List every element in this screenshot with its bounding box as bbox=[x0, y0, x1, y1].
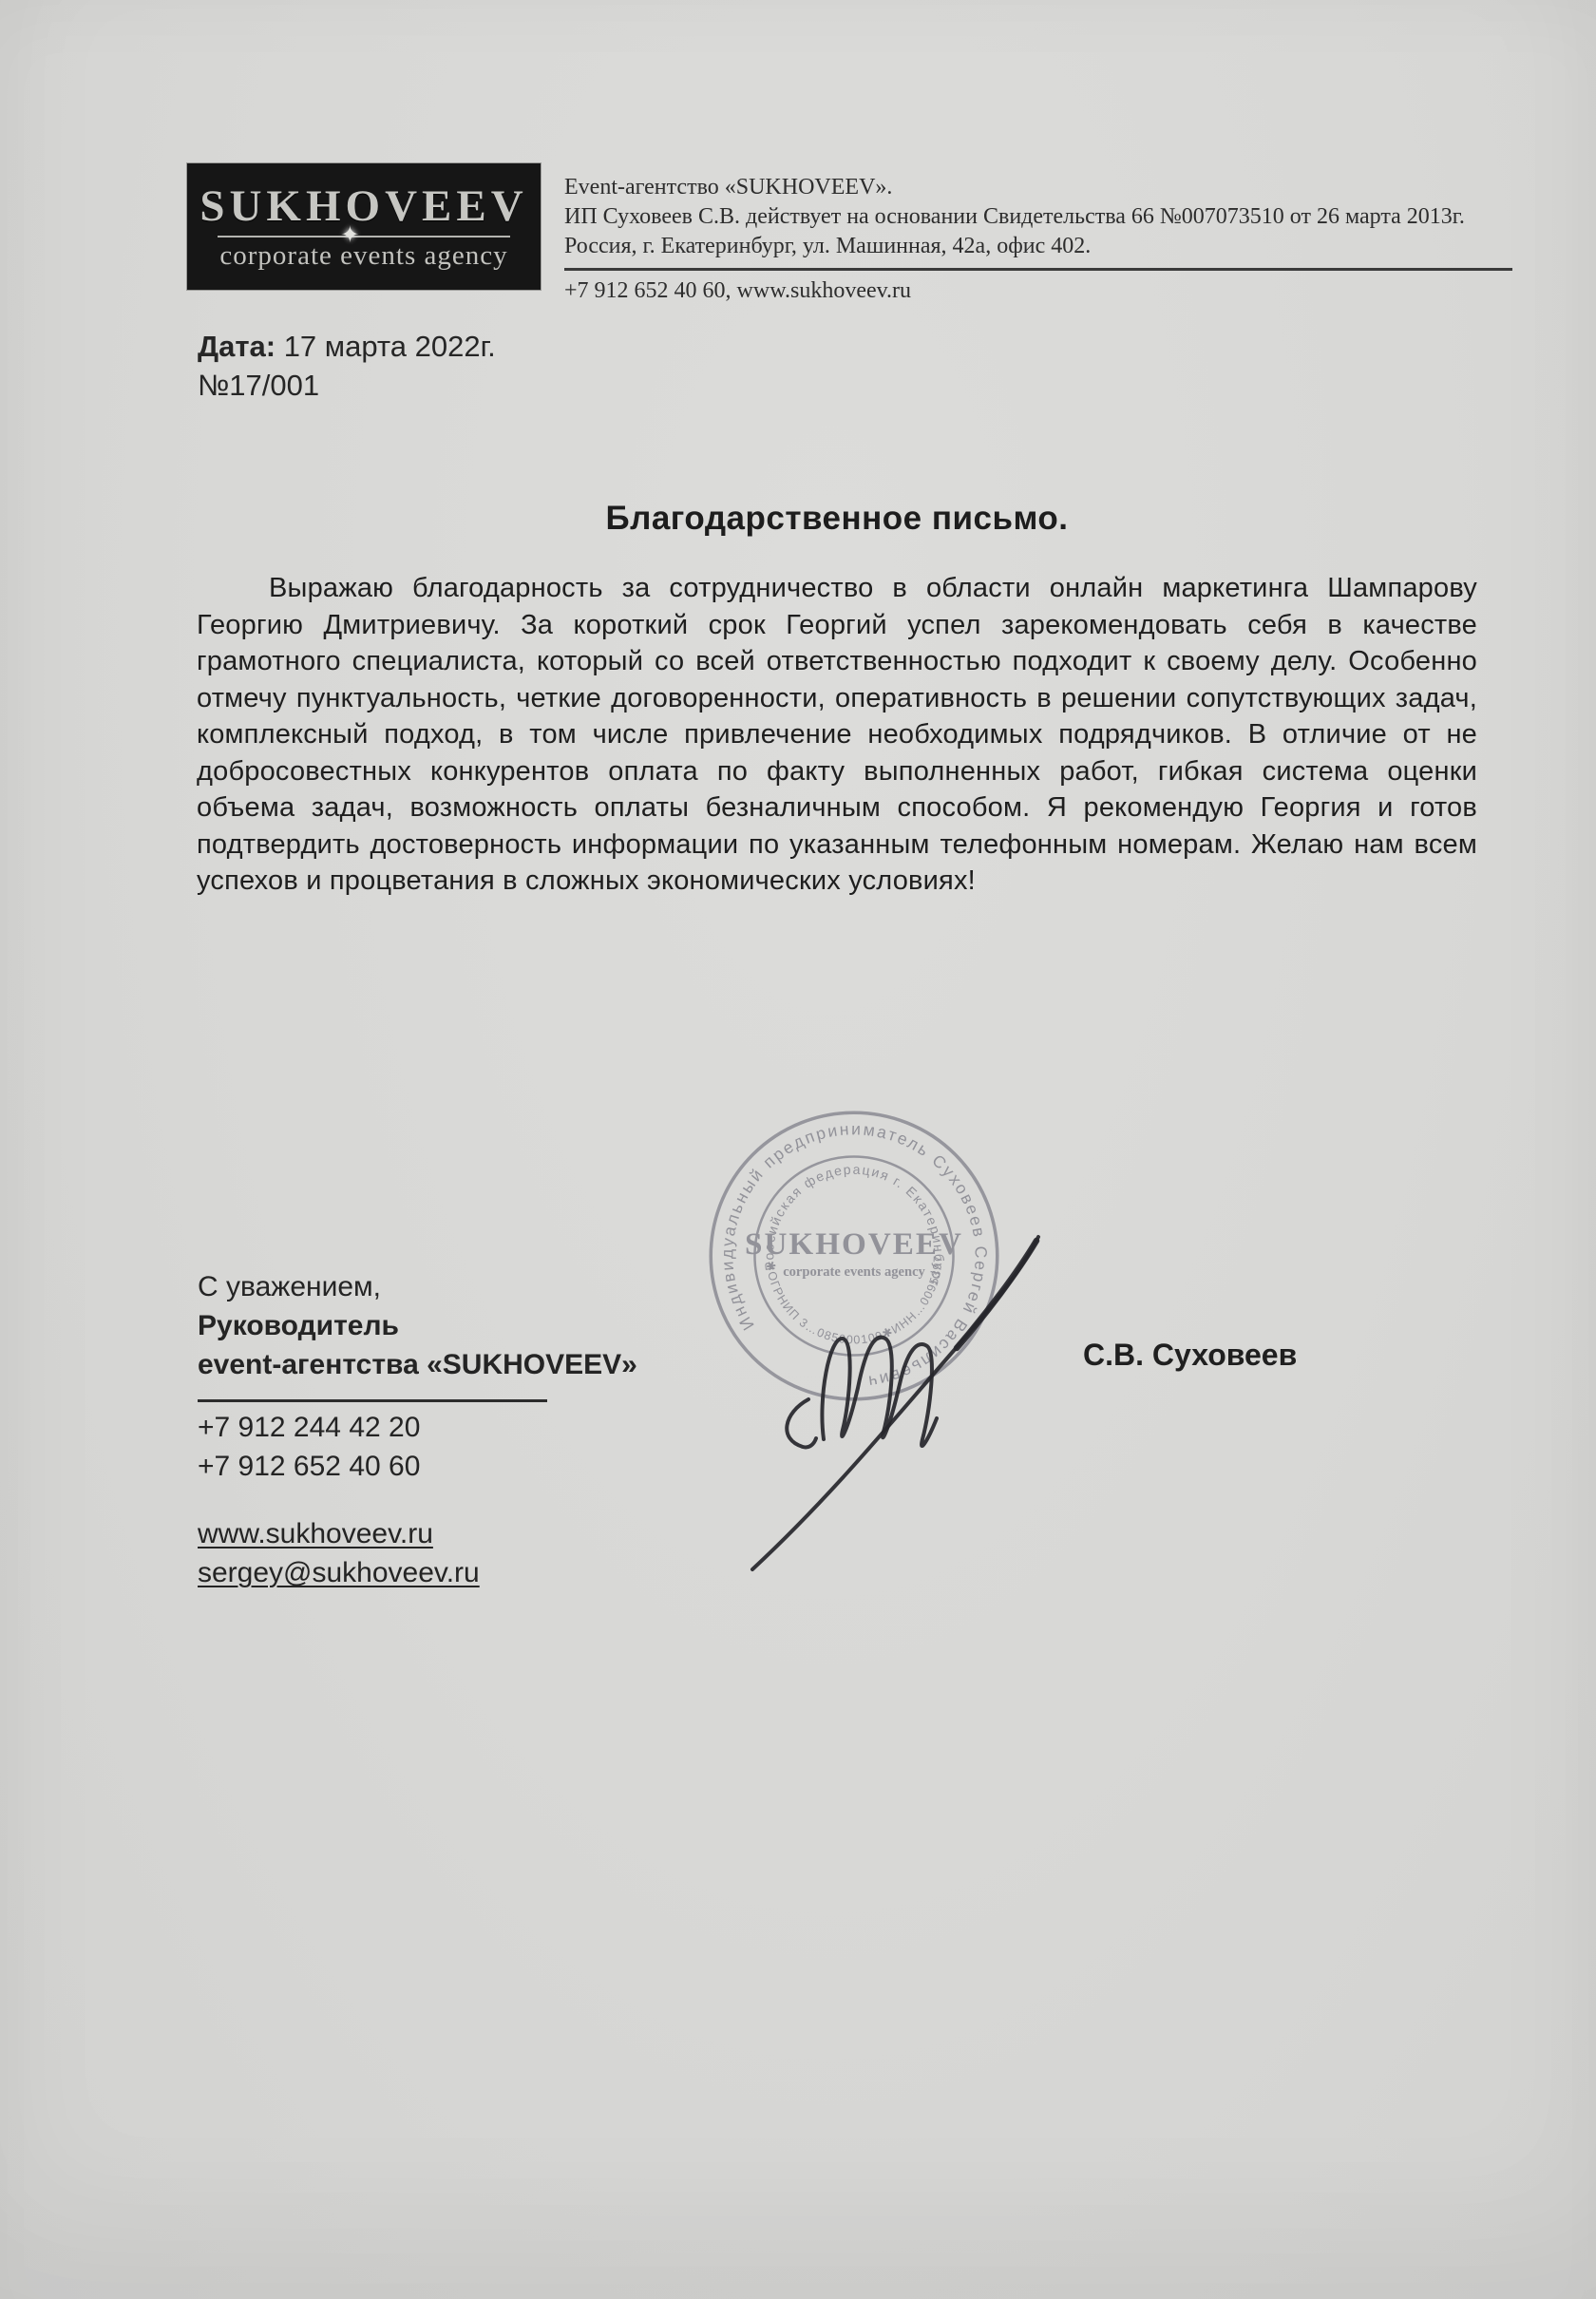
logo-name: SUKHOVEEV bbox=[199, 184, 527, 229]
date-value: 17 марта 2022г. bbox=[275, 330, 496, 363]
letterhead-line-address: Россия, г. Екатеринбург, ул. Машинная, 4… bbox=[564, 232, 1524, 261]
spacer bbox=[198, 1486, 768, 1514]
letter-meta: Дата: 17 марта 2022г. №17/001 bbox=[198, 327, 496, 405]
handwritten-signature bbox=[717, 1211, 1069, 1591]
position-agency: event-агентства «SUKHOVEEV» bbox=[198, 1345, 768, 1384]
email-text: sergey@sukhoveev.ru bbox=[198, 1553, 768, 1592]
letterhead-line-certificate: ИП Суховеев С.В. действует на основании … bbox=[564, 202, 1524, 232]
letterhead-divider bbox=[564, 268, 1512, 271]
sparkle-icon: ✦ bbox=[340, 224, 359, 247]
signer-name: С.В. Суховеев bbox=[1083, 1338, 1297, 1373]
position-title: Руководитель bbox=[198, 1306, 768, 1345]
letterhead-line-agency: Event-агентство «SUKHOVEEV». bbox=[564, 173, 1524, 202]
letterhead-info: Event-агентство «SUKHOVEEV». ИП Суховеев… bbox=[564, 173, 1524, 306]
company-logo: SUKHOVEEV ✦ corporate events agency bbox=[187, 163, 541, 290]
signature-stroke bbox=[787, 1399, 816, 1447]
signature-divider bbox=[198, 1399, 547, 1402]
scanned-letter: SUKHOVEEV ✦ corporate events agency Even… bbox=[0, 0, 1596, 2299]
letter-date: Дата: 17 марта 2022г. bbox=[198, 327, 496, 366]
letter-title: Благодарственное письмо. bbox=[197, 500, 1477, 538]
website-text: www.sukhoveev.ru bbox=[198, 1514, 768, 1553]
letter-body: Выражаю благодарность за сотрудничество … bbox=[197, 570, 1477, 900]
letterhead-contact-line: +7 912 652 40 60, www.sukhoveev.ru bbox=[564, 276, 1524, 306]
signature-block: С уважением, Руководитель event-агентств… bbox=[198, 1267, 768, 1592]
signature-stroke bbox=[957, 1241, 1036, 1348]
logo-divider: ✦ bbox=[218, 236, 510, 237]
letter-number: №17/001 bbox=[198, 366, 496, 405]
phone-number: +7 912 244 42 20 bbox=[198, 1408, 768, 1447]
logo-tagline: corporate events agency bbox=[219, 242, 507, 270]
salutation: С уважением, bbox=[198, 1267, 768, 1306]
phone-number: +7 912 652 40 60 bbox=[198, 1447, 768, 1486]
date-label: Дата: bbox=[198, 330, 275, 363]
